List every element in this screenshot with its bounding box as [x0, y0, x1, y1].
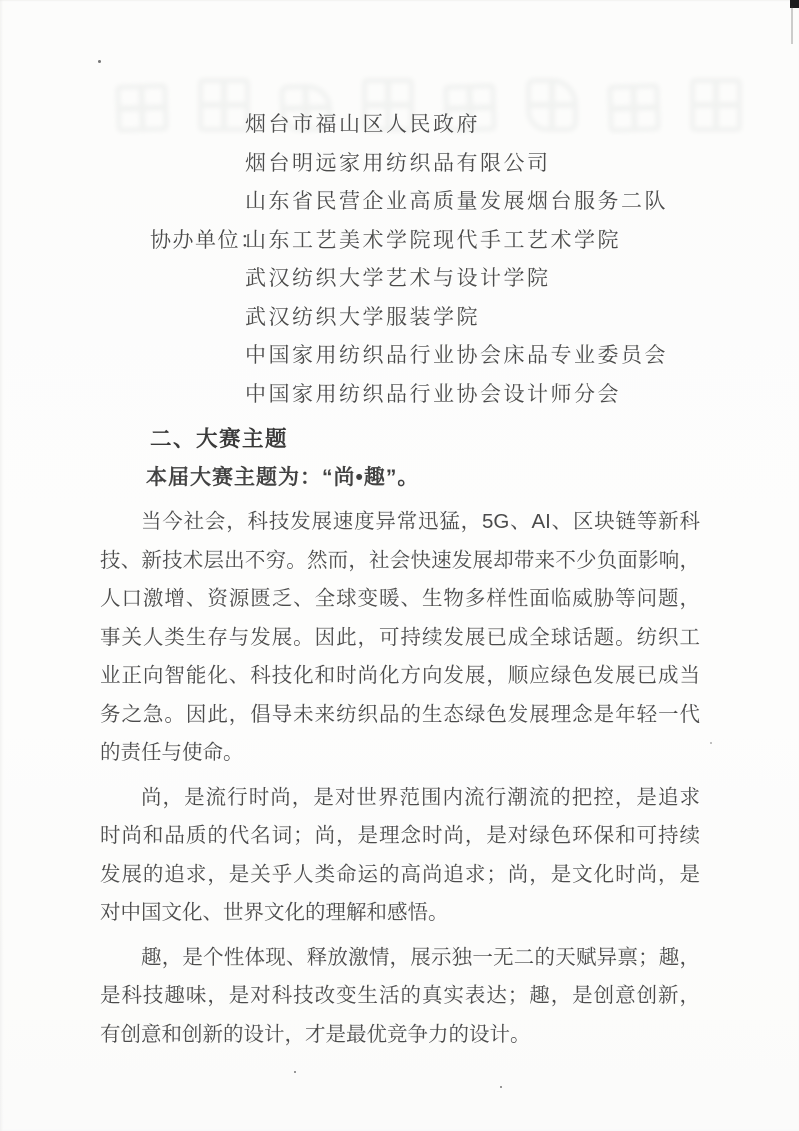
co-organizer-unit: 山东工艺美术学院现代手工艺术学院: [245, 229, 621, 252]
co-organizer-unit-line: 武汉纺织大学服装学院: [100, 299, 700, 338]
paragraph: 趣，是个性体现、释放激情，展示独一无二的天赋异禀；趣， 是科技趣味，是对科技改变…: [100, 939, 700, 1055]
organizer-unit-line: 烟台明远家用纺织品有限公司: [100, 145, 700, 184]
theme-statement: 本届大赛主题为：“尚•趣”。: [100, 459, 700, 498]
scanned-document-page: 烟台市福山区人民政府 烟台明远家用纺织品有限公司 山东省民营企业高质量发展烟台服…: [0, 0, 799, 1131]
co-organizer-unit-line: 中国家用纺织品行业协会设计师分会: [100, 376, 700, 415]
body-text-line: 业正向智能化、科技化和时尚化方向发展，顺应绿色发展已成当: [100, 657, 700, 696]
scan-speckle: [710, 742, 712, 744]
co-organizer-unit-line: 中国家用纺织品行业协会床品专业委员会: [100, 337, 700, 376]
scan-edge-artifact: [791, 6, 793, 44]
scan-speckle: [98, 60, 101, 63]
body-text-line: 是科技趣味，是对科技改变生活的真实表达；趣，是创意创新，: [100, 977, 700, 1016]
body-text-line: 尚，是流行时尚，是对世界范围内流行潮流的把控，是追求: [100, 779, 700, 818]
body-text-line: 当今社会，科技发展速度异常迅猛，5G、AI、区块链等新科: [100, 503, 700, 542]
body-text-line: 事关人类生存与发展。因此，可持续发展已成全球话题。纺织工: [100, 619, 700, 658]
co-organizer-row: 协办单位： 山东工艺美术学院现代手工艺术学院: [100, 222, 700, 261]
scan-speckle: [500, 1086, 502, 1088]
body-text-line: 发展的追求，是关乎人类命运的高尚追求；尚，是文化时尚，是: [100, 856, 700, 895]
co-organizer-unit-line: 武汉纺织大学艺术与设计学院: [100, 260, 700, 299]
co-organizer-label: 协办单位：: [150, 222, 263, 261]
scan-speckle: [294, 1071, 296, 1073]
organizer-unit-line: 山东省民营企业高质量发展烟台服务二队: [100, 183, 700, 222]
body-text-line: 的责任与使命。: [100, 734, 700, 773]
body-text-line: 趣，是个性体现、释放激情，展示独一无二的天赋异禀；趣，: [100, 939, 700, 978]
paragraph: 当今社会，科技发展速度异常迅猛，5G、AI、区块链等新科 技、新技术层出不穷。然…: [100, 503, 700, 773]
section-heading: 二、大赛主题: [100, 420, 700, 459]
body-text-line: 技、新技术层出不穷。然而，社会快速发展却带来不少负面影响，: [100, 542, 700, 581]
body-text-line: 对中国文化、世界文化的理解和感悟。: [100, 894, 700, 933]
organizer-unit-line: 烟台市福山区人民政府: [100, 106, 700, 145]
body-text-line: 人口激增、资源匮乏、全球变暖、生物多样性面临威胁等问题，: [100, 580, 700, 619]
document-body: 烟台市福山区人民政府 烟台明远家用纺织品有限公司 山东省民营企业高质量发展烟台服…: [100, 106, 700, 1054]
body-text-line: 务之急。因此，倡导未来纺织品的生态绿色发展理念是年轻一代: [100, 696, 700, 735]
paragraph: 尚，是流行时尚，是对世界范围内流行潮流的把控，是追求 时尚和品质的代名词；尚，是…: [100, 779, 700, 933]
body-text-line: 时尚和品质的代名词；尚，是理念时尚，是对绿色环保和可持续: [100, 817, 700, 856]
body-text-line: 有创意和创新的设计，才是最优竞争力的设计。: [100, 1016, 700, 1055]
